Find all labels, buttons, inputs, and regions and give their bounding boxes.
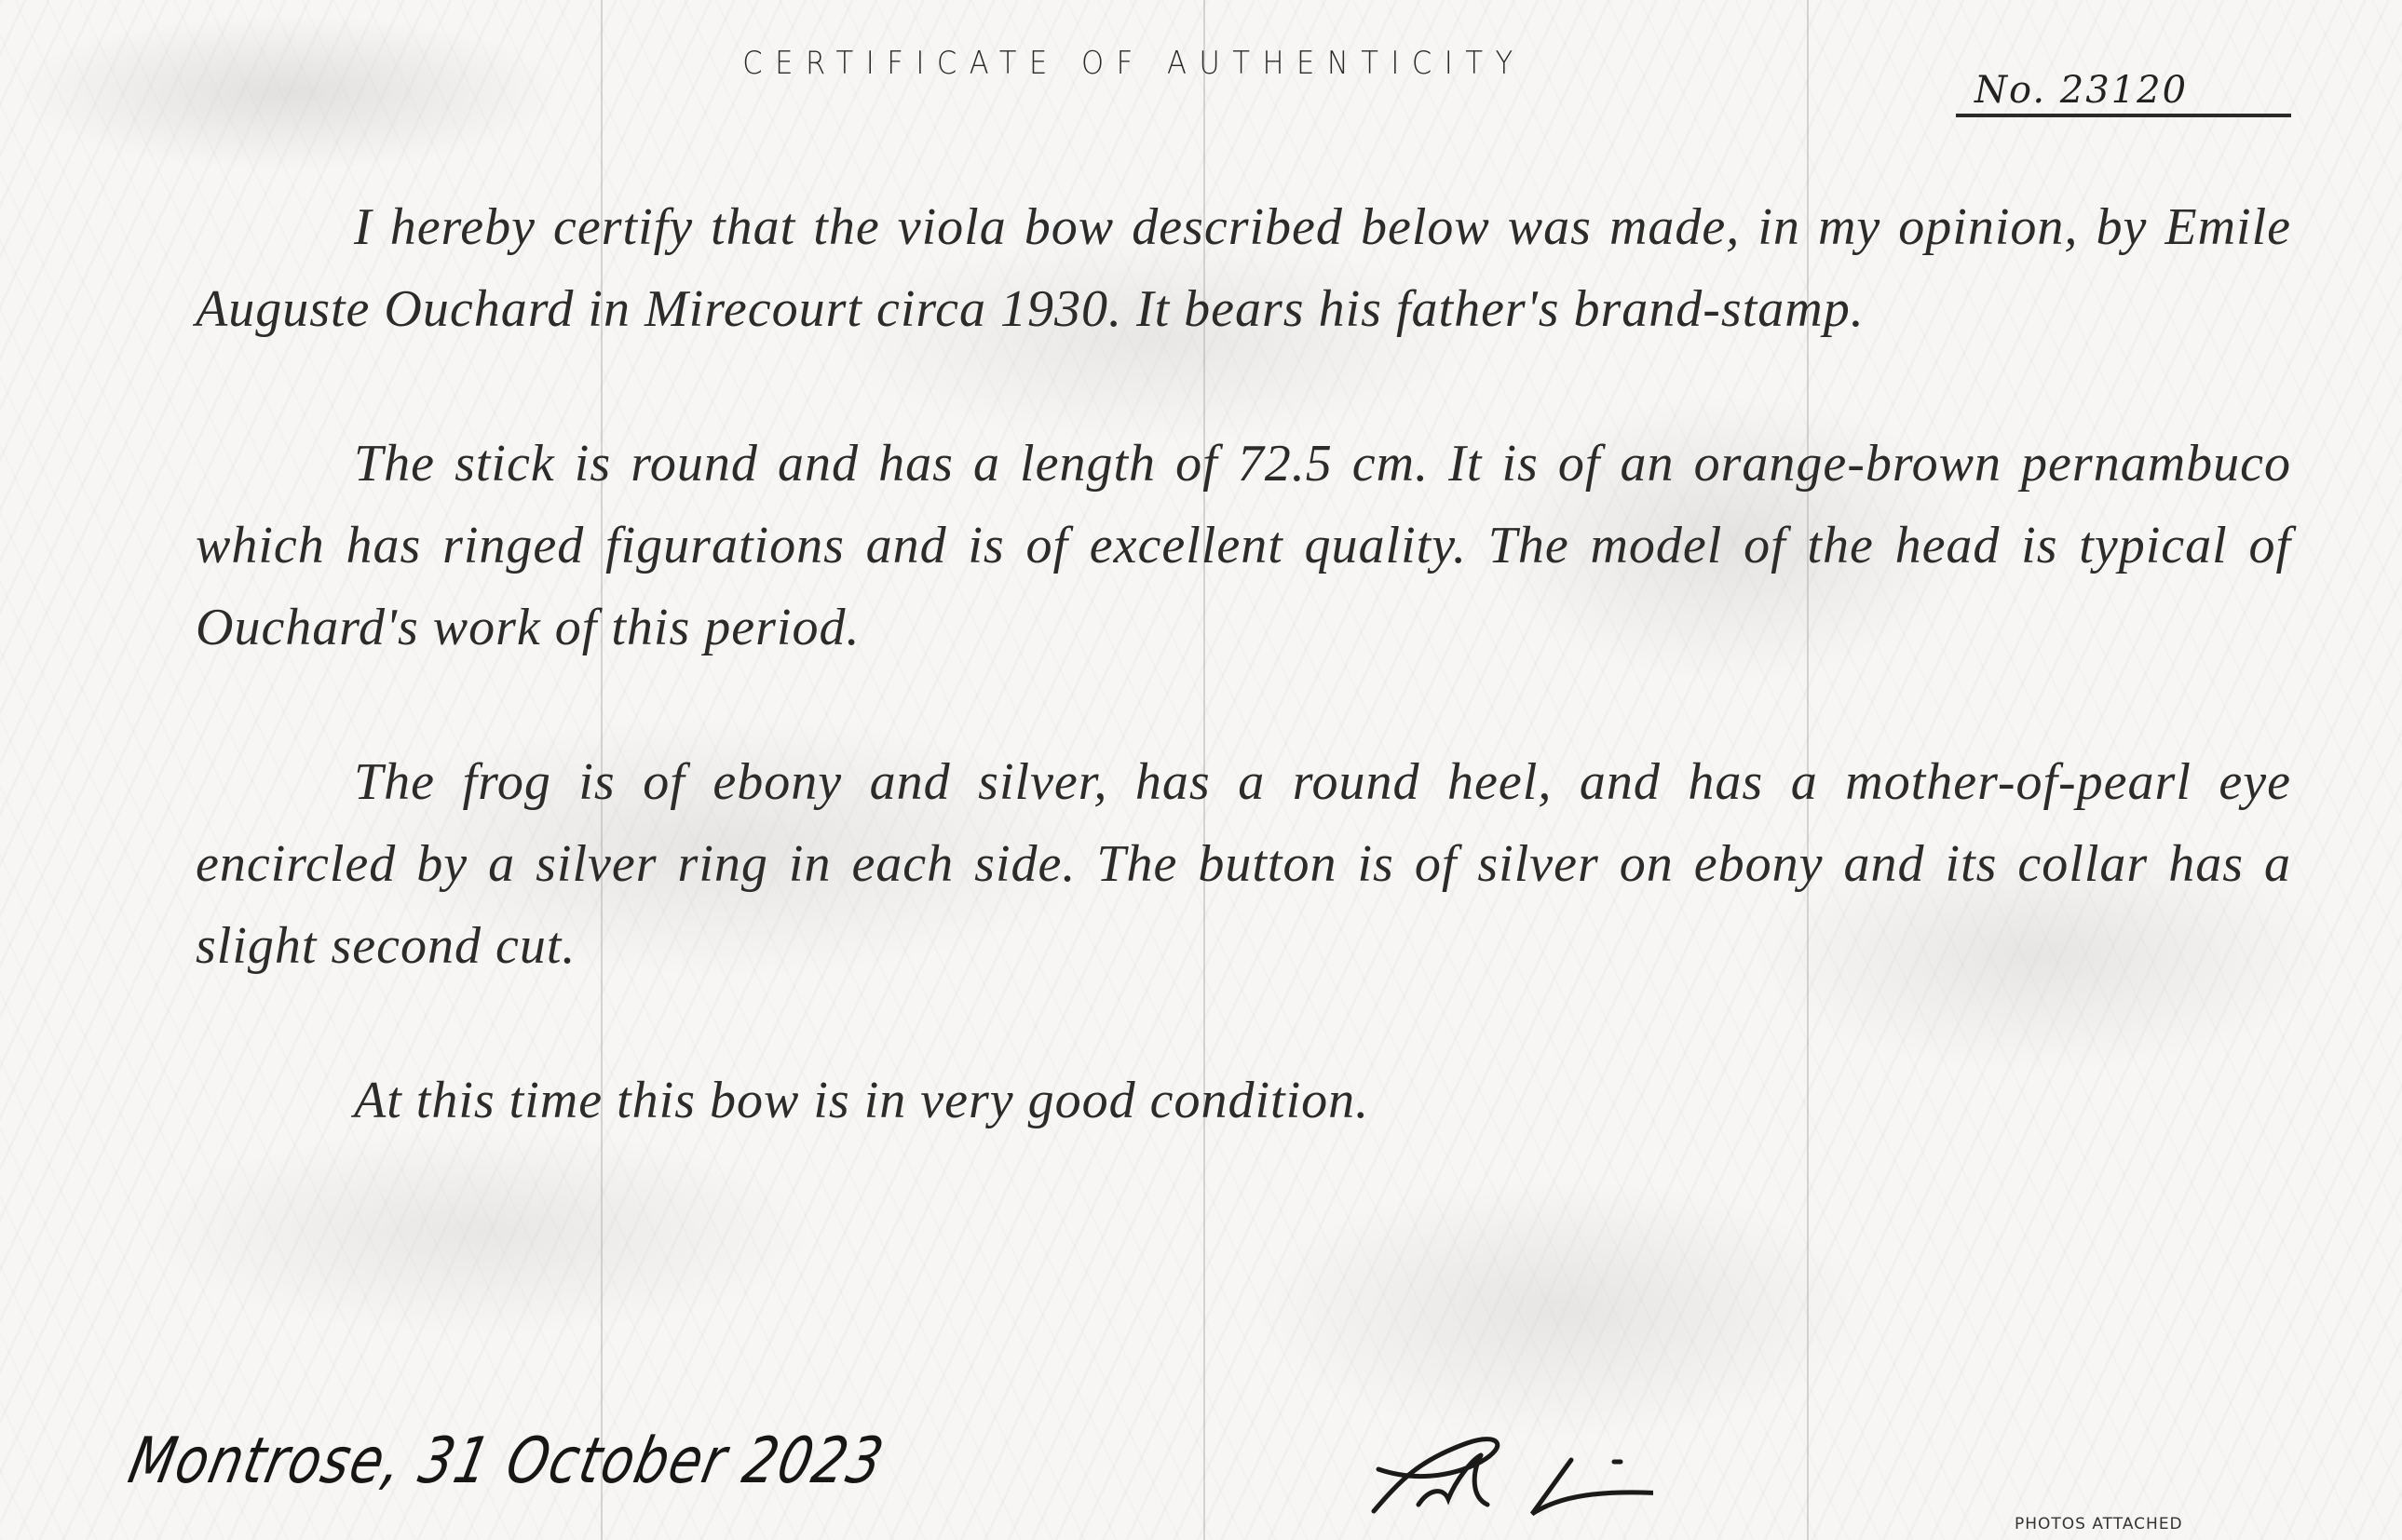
certificate-number: No. 23120 — [1975, 69, 2188, 112]
photos-attached-note: PHOTOS ATTACHED — [2015, 1515, 2183, 1533]
place-and-date: Montrose, 31 October 2023 — [123, 1425, 891, 1498]
paragraph-attribution: I hereby certify that the viola bow desc… — [196, 186, 2291, 350]
paragraph-frog: The frog is of ebony and silver, has a r… — [196, 741, 2291, 987]
paragraph-condition: At this time this bow is in very good co… — [196, 1060, 2291, 1141]
certificate-title: CERTIFICATE OF AUTHENTICITY — [669, 45, 1599, 82]
paragraph-stick: The stick is round and has a length of 7… — [196, 423, 2291, 669]
signature-icon — [1281, 1423, 1653, 1525]
certificate-number-field: No. 23120 — [1956, 67, 2291, 117]
certificate-body: I hereby certify that the viola bow desc… — [196, 186, 2291, 1141]
